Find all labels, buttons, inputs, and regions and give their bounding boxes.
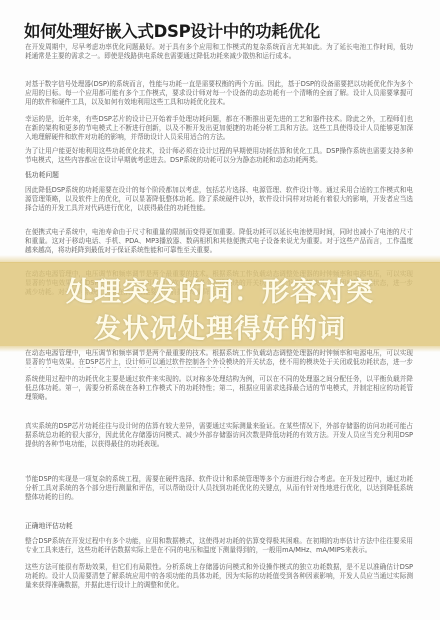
article-title: 如何处理好嵌入式DSP设计中的功耗优化 xyxy=(24,18,320,42)
paragraph-9: 真实系统的DSP芯片功耗往往与设计时的估算有较大差异，需要通过实际测量来验证。在… xyxy=(25,422,413,468)
paragraph-intro: 在开发周期中，尽早考虑功率优化问题最好。对于具有多个应用和工作模式的复杂系统而言… xyxy=(25,43,413,71)
paragraph-3: 幸运的是，近年来，有些DSP芯片的设计已开始着手处理功耗问题，都在不断推出更先进… xyxy=(25,115,413,143)
overlay-headline-line-1: 处理突发的词：形容对突 xyxy=(0,270,440,309)
section-heading-evaluate-power: 正确地评估功耗 xyxy=(25,522,73,531)
paragraph-4: 为了让用户能更好地利用这些功耗优化技术，设计师必须在设计过程的早期使用功耗估算和… xyxy=(25,147,413,166)
section-heading-low-power: 低功耗问题 xyxy=(25,171,59,180)
overlay-band-fade xyxy=(0,346,440,352)
paragraph-10: 节能DSP的实现是一项复杂的系统工程，需要在硬件选择、软件设计和系统管理等多个方… xyxy=(25,475,413,512)
paragraph-5: 因此降低DSP系统的功耗需要在设计的每个阶段都加以考虑，包括芯片选择、电源管理、… xyxy=(25,186,413,223)
paragraph-11: 整合DSP系统在开发过程中有多个功能，应用和数据模式，这使得对功耗的估算变得极其… xyxy=(25,537,413,556)
paragraph-12: 这些方法可能很有帮助效果，但它们有局限性。分析系统上存储器访问模式和外设操作模式… xyxy=(25,563,413,591)
overlay-headline-line-2: 发状况处理得好的词 xyxy=(0,307,440,346)
paragraph-2: 对基于数字信号处理器(DSP)的系统而言，性能与功耗一直是需要权衡的两个方面。因… xyxy=(25,80,413,108)
paragraph-8: 系统使用过程中的功耗优化主要是通过软件来实现的。以对称多处理结构为例，可以在不同… xyxy=(25,375,413,412)
